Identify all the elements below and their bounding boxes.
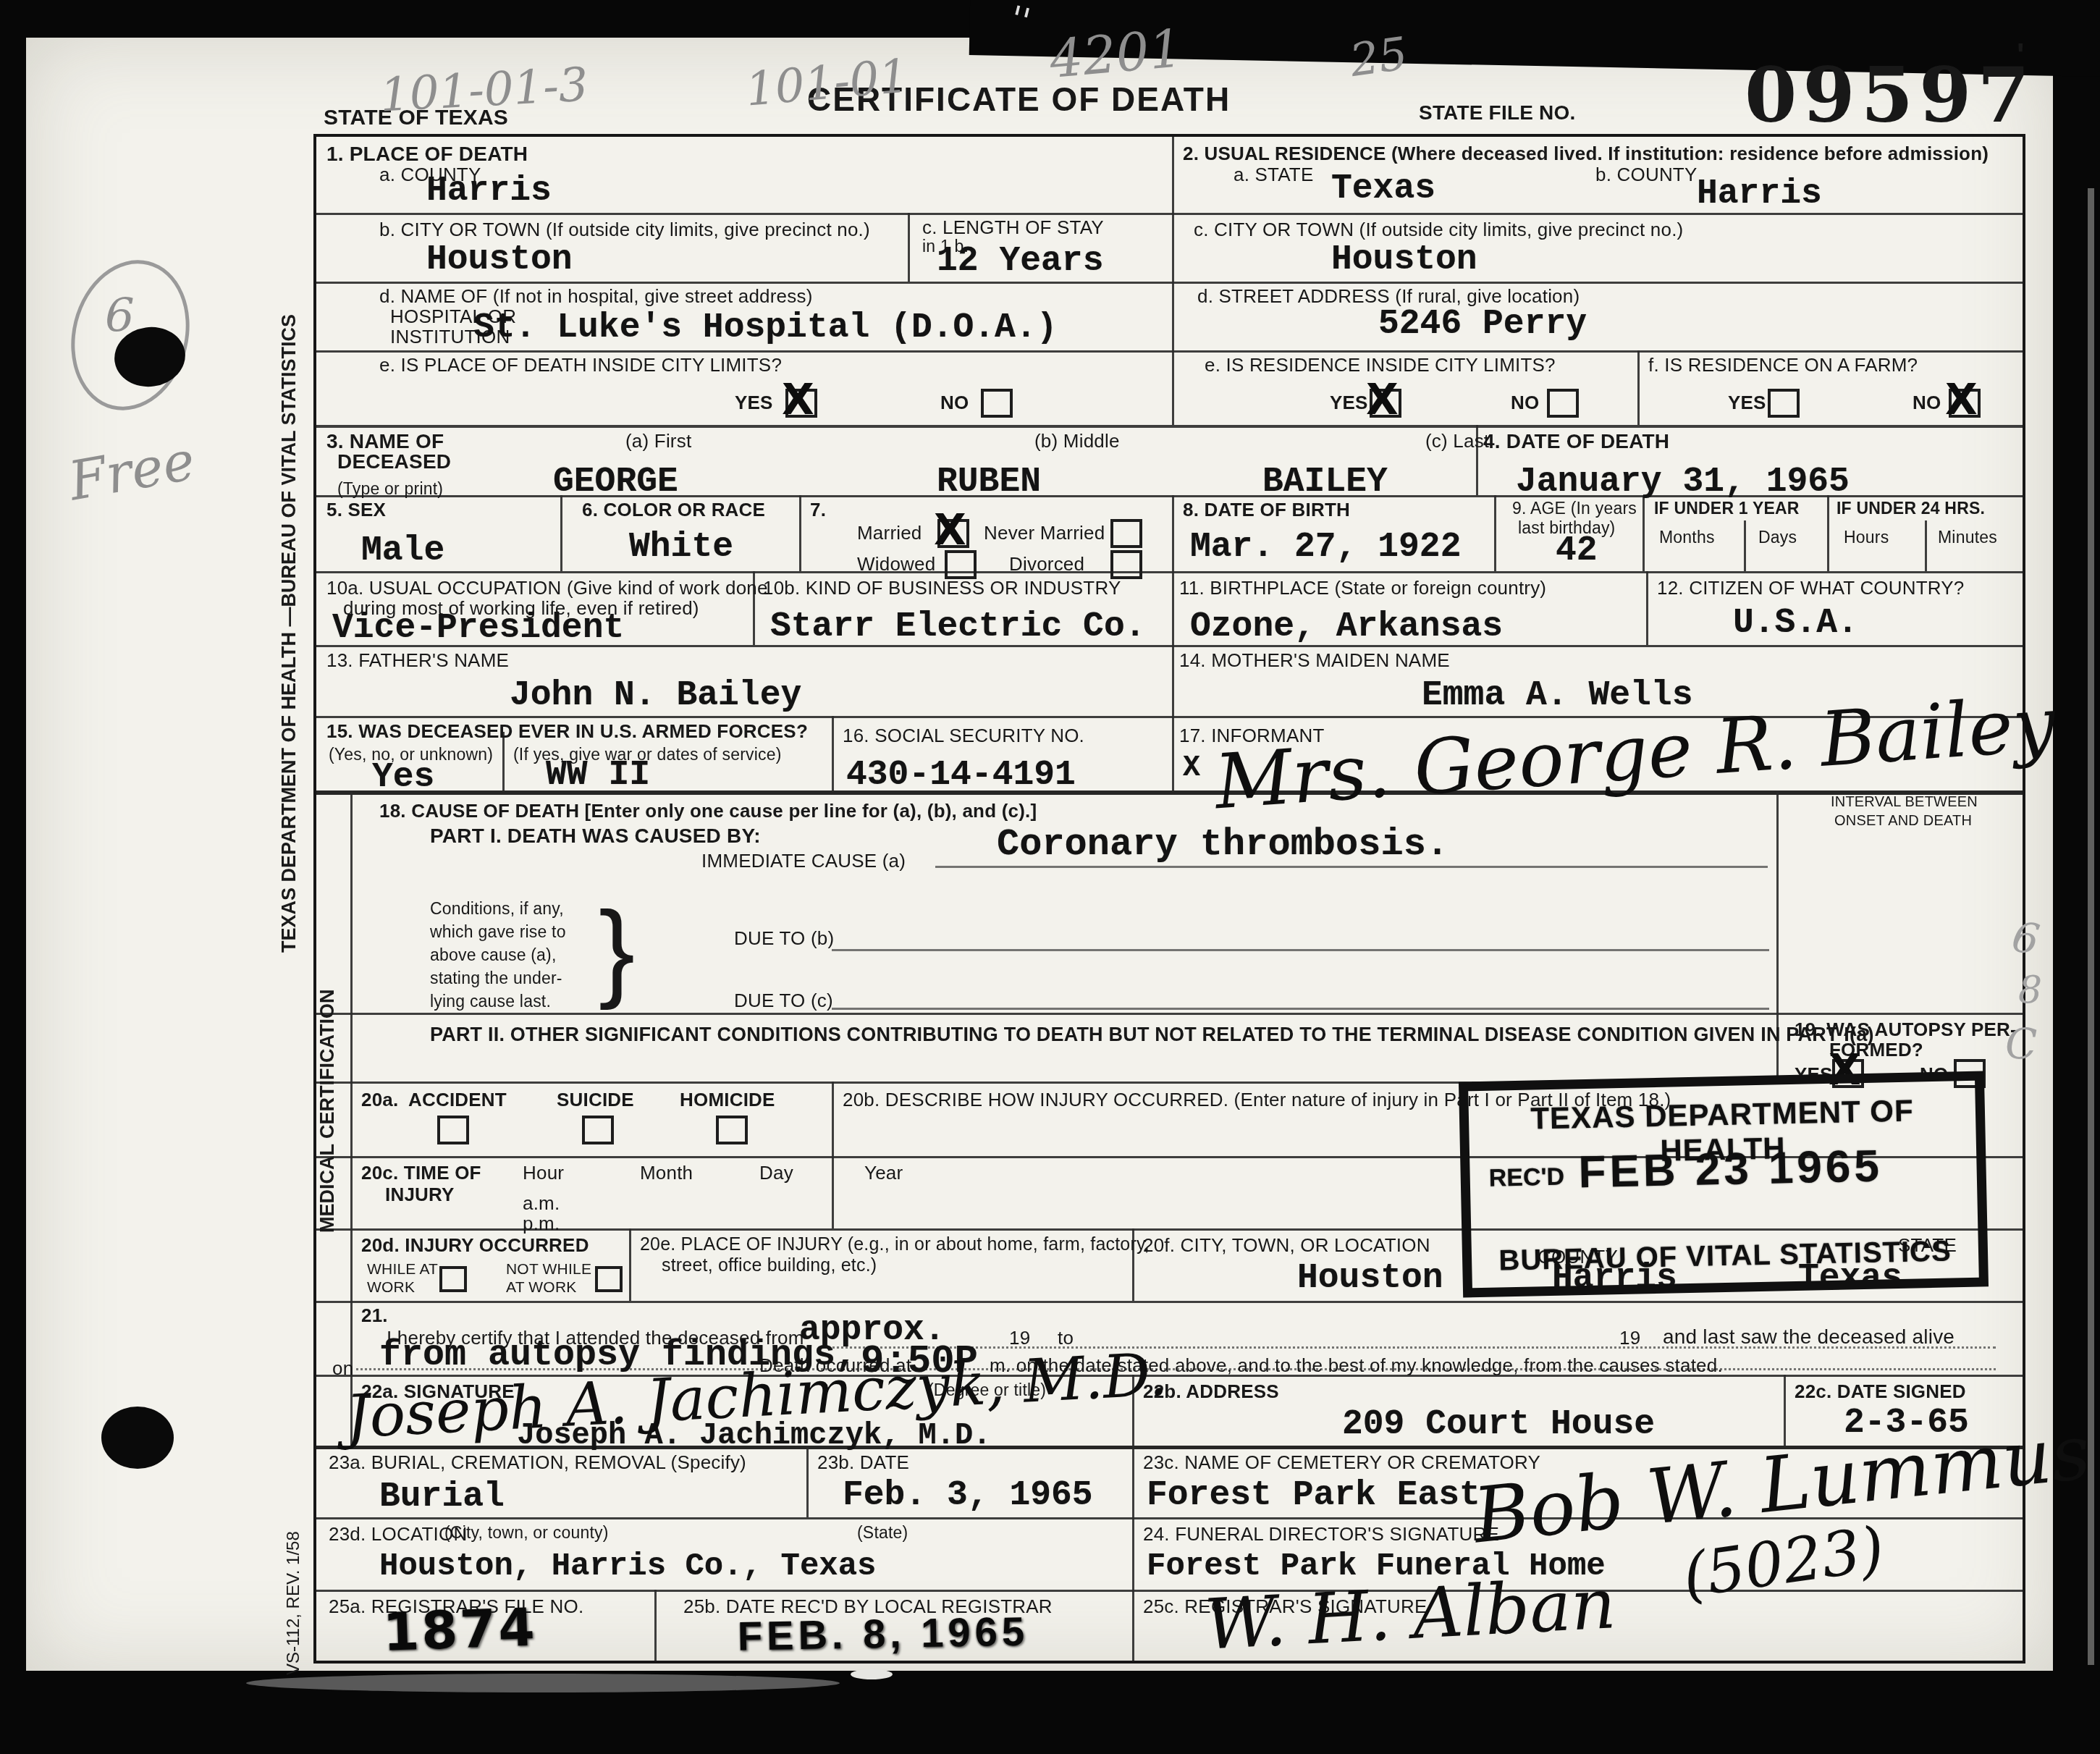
ink-apostrophe-mark: '	[2017, 38, 2025, 74]
occupation-value: Vice-President	[332, 609, 624, 648]
fathers-name-value: John N. Bailey	[510, 676, 801, 715]
pencil-margin-c: C	[2005, 1019, 2037, 1068]
due-to-b-label: DUE TO (b)	[734, 927, 834, 950]
county-of-death-value: Harris	[426, 172, 552, 211]
burial-date-value: Feb. 3, 1965	[843, 1476, 1093, 1515]
rule	[560, 495, 562, 571]
due-to-c-label: DUE TO (c)	[734, 990, 833, 1012]
while-at-work-label-1: WHILE AT	[367, 1261, 438, 1278]
item-21-label: 21.	[361, 1304, 388, 1327]
last-name-value: BAILEY	[1262, 463, 1388, 502]
torn-edge-highlight	[246, 1674, 840, 1692]
age-value: 42	[1556, 531, 1598, 570]
rule	[1643, 495, 1645, 571]
residence-city-value: Houston	[1331, 240, 1477, 279]
residence-state-label: a. STATE	[1234, 164, 1313, 186]
occupation-label-1: 10a. USUAL OCCUPATION (Give kind of work…	[326, 577, 768, 599]
rule	[316, 425, 2023, 428]
color-or-race-label: 6. COLOR OR RACE	[582, 499, 765, 521]
checkbox-x-mark: X	[1366, 379, 1399, 421]
address-value: 209 Court House	[1342, 1405, 1655, 1444]
injury-city-label: 20f. CITY, TOWN, OR LOCATION	[1143, 1234, 1430, 1257]
certify-year-1: 19	[1009, 1327, 1030, 1349]
hospital-name-label: d. NAME OF (If not in hospital, give str…	[379, 285, 813, 308]
day-label: Day	[759, 1162, 793, 1184]
burial-date-label: 23b. DATE	[817, 1451, 909, 1474]
rule	[654, 1590, 657, 1661]
injury-occurred-label: 20d. INJURY OCCURRED	[361, 1234, 589, 1257]
residence-city-label: c. CITY OR TOWN (If outside city limits,…	[1194, 219, 1683, 241]
date-signed-label: 22c. DATE SIGNED	[1795, 1380, 1966, 1403]
residence-county-label: b. COUNTY	[1595, 164, 1697, 186]
registrar-file-no-stamp: 1874	[382, 1596, 538, 1662]
part-1-label: PART I. DEATH WAS CAUSED BY:	[430, 825, 761, 848]
checkbox-x-mark: X	[782, 379, 814, 421]
stamp-recd-label: REC'D	[1488, 1163, 1564, 1193]
city-of-death-value: Houston	[426, 240, 573, 279]
while-at-work-checkbox	[439, 1266, 467, 1292]
hour-label: Hour	[523, 1162, 564, 1184]
death-limits-no-checkbox	[981, 389, 1013, 418]
married-label: Married	[857, 522, 922, 544]
business-label: 10b. KIND OF BUSINESS OR INDUSTRY	[763, 577, 1121, 599]
days-label: Days	[1758, 528, 1797, 547]
stamp-date: FEB 23 1965	[1578, 1140, 1884, 1198]
cemetery-value: Forest Park East	[1147, 1476, 1480, 1515]
rule	[316, 282, 2023, 284]
state-file-number: 09597	[1745, 51, 2036, 140]
not-while-at-work-label-1: NOT WHILE	[506, 1261, 591, 1278]
not-while-at-work-checkbox	[595, 1266, 623, 1292]
conditions-note-line-1: Conditions, if any,	[430, 899, 564, 919]
color-or-race-value: White	[629, 528, 733, 567]
residence-limits-no-label: NO	[1511, 392, 1539, 414]
ssn-label: 16. SOCIAL SECURITY NO.	[843, 725, 1084, 747]
residence-limits-yes-label: YES	[1330, 392, 1368, 414]
hospital-name-value: St. Luke's Hospital (D.O.A.)	[473, 308, 1058, 347]
rule	[1646, 571, 1648, 645]
immediate-cause-value: Coronary thrombosis.	[997, 823, 1449, 866]
rule	[806, 1446, 809, 1517]
place-of-death-heading: 1. PLACE OF DEATH	[326, 143, 528, 166]
place-of-injury-label-2: street, office building, etc.)	[662, 1255, 877, 1276]
widowed-label: Widowed	[857, 553, 935, 575]
rule	[1172, 495, 1174, 790]
armed-forces-war: WW II	[546, 756, 650, 795]
margin-department-vertical-text: TEXAS DEPARTMENT OF HEALTH —BUREAU OF VI…	[278, 304, 311, 963]
time-of-injury-label-1: 20c. TIME OF	[361, 1162, 481, 1184]
residence-on-farm-label: f. IS RESIDENCE ON A FARM?	[1648, 354, 1918, 376]
never-married-label: Never Married	[984, 522, 1105, 544]
year-label: Year	[864, 1162, 903, 1184]
married-checkbox: X	[937, 519, 969, 548]
accident-label: ACCIDENT	[408, 1089, 507, 1111]
burial-location-value: Houston, Harris Co., Texas	[379, 1548, 877, 1585]
date-of-death-value: January 31, 1965	[1516, 463, 1850, 502]
margin-medical-certification-vertical-text: MEDICAL CERTIFICATION	[316, 800, 347, 1422]
rule	[1132, 1517, 1134, 1590]
scanned-death-certificate: STATE OF TEXAS 101-01-3 101-01 CERTIFICA…	[0, 0, 2100, 1754]
rule	[832, 1082, 834, 1228]
rule	[1784, 1375, 1786, 1446]
death-limits-yes-label: YES	[735, 392, 773, 414]
months-label: Months	[1659, 528, 1715, 547]
first-name-label: (a) First	[625, 430, 691, 452]
blank-line	[832, 1008, 1769, 1010]
am-label: a.m.	[523, 1192, 560, 1215]
state-file-no-label: STATE FILE NO.	[1419, 101, 1575, 125]
birthplace-label: 11. BIRTHPLACE (State or foreign country…	[1179, 577, 1546, 599]
pencil-number-4201: 4201	[1047, 17, 1185, 90]
death-inside-city-limits-label: e. IS PLACE OF DEATH INSIDE CITY LIMITS?	[379, 354, 782, 376]
last-name-label: (c) Last	[1425, 430, 1489, 452]
rule	[1132, 1590, 1134, 1661]
conditions-note-line-2: which gave rise to	[430, 922, 566, 942]
conditions-brace: }	[599, 895, 635, 1004]
certificate-form: 1. PLACE OF DEATH a. COUNTY Harris 2. US…	[313, 134, 2025, 1664]
interval-label-1: INTERVAL BETWEEN	[1831, 794, 1978, 811]
rule	[1494, 495, 1496, 571]
conditions-note-line-4: stating the under-	[430, 969, 562, 988]
homicide-checkbox	[716, 1116, 748, 1144]
residence-limits-no-checkbox	[1547, 389, 1579, 418]
margin-form-number-vertical-text: VS-112, REV. 1/58	[284, 1527, 313, 1679]
if-under-24-hrs-label: IF UNDER 24 HRS.	[1837, 499, 1985, 518]
certify-year-2: 19	[1619, 1327, 1640, 1349]
informant-x: X	[1183, 752, 1200, 785]
burial-label: 23a. BURIAL, CREMATION, REMOVAL (Specify…	[329, 1451, 746, 1474]
while-at-work-label-2: WORK	[367, 1279, 415, 1296]
pencil-number-25: 25	[1346, 27, 1410, 87]
residence-county-value: Harris	[1697, 174, 1822, 214]
certify-alive-text: and last saw the deceased alive	[1663, 1325, 1954, 1349]
rule	[316, 1013, 2023, 1015]
citizen-label: 12. CITIZEN OF WHAT COUNTRY?	[1657, 577, 1965, 599]
business-value: Starr Electric Co.	[770, 607, 1145, 646]
age-label-1: 9. AGE (In years	[1512, 499, 1637, 518]
death-limits-yes-checkbox: X	[785, 389, 817, 418]
length-of-stay-label: c. LENGTH OF STAY	[922, 216, 1104, 239]
injury-city-value: Houston	[1297, 1259, 1443, 1298]
month-label: Month	[640, 1162, 693, 1184]
checkbox-x-mark: X	[1945, 379, 1978, 421]
citizen-value: U.S.A.	[1733, 604, 1858, 643]
divorced-label: Divorced	[1009, 553, 1084, 575]
rule	[799, 495, 801, 571]
farm-yes-label: YES	[1728, 392, 1766, 414]
armed-forces-label: 15. WAS DECEASED EVER IN U.S. ARMED FORC…	[326, 720, 808, 743]
ssn-value: 430-14-4191	[846, 756, 1076, 795]
marital-status-label: 7.	[810, 499, 826, 521]
rule	[316, 571, 2023, 573]
rule	[1172, 137, 1174, 425]
street-address-value: 5246 Perry	[1378, 305, 1587, 344]
blank-line	[935, 866, 1768, 868]
pencil-circled-number: 6	[105, 290, 135, 343]
punch-hole-bottom	[101, 1407, 174, 1469]
conditions-note-line-5: lying cause last.	[430, 992, 551, 1011]
length-of-stay-value: 12 Years	[937, 242, 1103, 281]
not-while-at-work-label-2: AT WORK	[506, 1279, 576, 1296]
autopsy-label-1: 19. WAS AUTOPSY PER-	[1795, 1019, 2017, 1041]
rule	[1744, 520, 1746, 571]
minutes-label: Minutes	[1938, 528, 1997, 547]
received-stamp: TEXAS DEPARTMENT OF HEALTH REC'D FEB 23 …	[1459, 1071, 1989, 1297]
date-of-birth-label: 8. DATE OF BIRTH	[1183, 499, 1350, 521]
farm-no-checkbox: X	[1949, 389, 1981, 418]
date-of-birth-value: Mar. 27, 1922	[1190, 528, 1461, 567]
rule	[1827, 495, 1829, 571]
residence-state-value: Texas	[1331, 169, 1435, 208]
rule	[1132, 1446, 1134, 1517]
armed-forces-answer: Yes	[372, 758, 434, 797]
place-of-injury-label-1: 20e. PLACE OF INJURY (e.g., in or about …	[640, 1234, 1150, 1255]
fathers-name-label: 13. FATHER'S NAME	[326, 649, 509, 672]
rule	[908, 213, 910, 282]
homicide-label: HOMICIDE	[680, 1089, 775, 1111]
accident-checkbox	[437, 1116, 469, 1144]
farm-no-label: NO	[1913, 392, 1941, 414]
pencil-margin-8: 8	[2018, 969, 2042, 1012]
checkbox-x-mark: X	[934, 509, 966, 551]
death-limits-no-label: NO	[940, 392, 969, 414]
item-20a-label: 20a.	[361, 1089, 398, 1111]
type-or-print-label: (Type or print)	[337, 479, 443, 499]
rule	[629, 1228, 631, 1301]
never-married-checkbox	[1110, 519, 1142, 548]
time-of-injury-label-2: INJURY	[385, 1184, 455, 1206]
sex-value: Male	[361, 531, 444, 570]
immediate-cause-label: IMMEDIATE CAUSE (a)	[701, 850, 906, 872]
conditions-note-line-3: above cause (a),	[430, 945, 557, 965]
divorced-checkbox	[1110, 550, 1142, 579]
funeral-director-label: 24. FUNERAL DIRECTOR'S SIGNATURE	[1143, 1523, 1499, 1546]
burial-location-sublabel-2: (State)	[857, 1523, 908, 1543]
widowed-checkbox	[945, 550, 977, 579]
middle-name-label: (b) Middle	[1034, 430, 1120, 452]
rule	[316, 1301, 2023, 1303]
date-of-death-label: 4. DATE OF DEATH	[1483, 430, 1669, 453]
sex-label: 5. SEX	[326, 499, 386, 521]
first-name-value: GEORGE	[553, 463, 678, 502]
birthplace-value: Ozone, Arkansas	[1190, 607, 1503, 646]
burial-value: Burial	[379, 1477, 505, 1517]
city-of-death-label: b. CITY OR TOWN (If outside city limits,…	[379, 219, 870, 241]
rule	[350, 790, 353, 1446]
rule	[316, 350, 2023, 353]
middle-name-value: RUBEN	[937, 463, 1041, 502]
cause-of-death-heading: 18. CAUSE OF DEATH [Enter only one cause…	[379, 800, 1037, 822]
date-received-stamp: FEB. 8, 1965	[737, 1607, 1029, 1659]
torn-edge-speck	[851, 1669, 893, 1679]
rule	[832, 716, 834, 790]
blank-line	[832, 949, 1769, 951]
stamp-line-2: BUREAU OF VITAL STATISTICS	[1472, 1235, 1979, 1278]
suicide-checkbox	[582, 1116, 614, 1144]
burial-location-sublabel-1: (City, town, or county)	[444, 1523, 609, 1543]
farm-yes-checkbox	[1768, 389, 1800, 418]
certify-on: on	[332, 1357, 353, 1380]
rule	[1925, 520, 1927, 571]
suicide-label: SUICIDE	[557, 1089, 634, 1111]
rule	[1637, 350, 1640, 425]
interval-label-2: ONSET AND DEATH	[1834, 813, 1972, 830]
residence-inside-city-limits-label: e. IS RESIDENCE INSIDE CITY LIMITS?	[1205, 354, 1556, 376]
usual-residence-heading: 2. USUAL RESIDENCE (Where deceased lived…	[1183, 143, 1989, 165]
hours-label: Hours	[1844, 528, 1889, 547]
name-of-deceased-label-2: DECEASED	[337, 450, 451, 473]
residence-limits-yes-checkbox: X	[1370, 389, 1401, 418]
if-under-1-year-label: IF UNDER 1 YEAR	[1654, 499, 1800, 518]
pencil-code-1: 101-01-3	[379, 59, 589, 123]
pm-label: p.m.	[523, 1213, 560, 1235]
part-2-label: PART II. OTHER SIGNIFICANT CONDITIONS CO…	[430, 1024, 1874, 1046]
mothers-maiden-name-label: 14. MOTHER'S MAIDEN NAME	[1179, 649, 1450, 672]
